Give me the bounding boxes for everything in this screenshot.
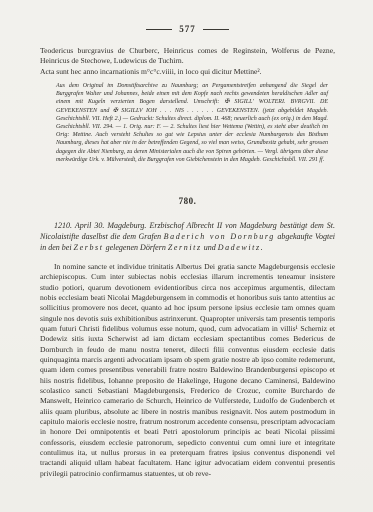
header-rule-right: [203, 29, 229, 30]
scanned-book-page: 577 Teodericus burcgravius de Churberc, …: [0, 0, 373, 512]
entry-number: 780.: [40, 196, 335, 206]
regest-heading: 1210. April 30. Magdeburg. Erzbischof Al…: [40, 220, 335, 253]
header-rule-left: [146, 29, 172, 30]
charter-latin-text: In nomine sancte et individue trinitatis…: [40, 262, 335, 479]
witness-list-line: Teodericus burcgravius de Churberc, Hein…: [40, 46, 335, 67]
acta-datum-line: Acta sunt hec anno incarnationis m°c°c.v…: [40, 67, 335, 77]
page-header: 577: [40, 24, 335, 34]
page-number: 577: [179, 24, 196, 34]
source-apparatus-note: Aus dem Original im Domstiftsarchive zu …: [56, 82, 328, 164]
